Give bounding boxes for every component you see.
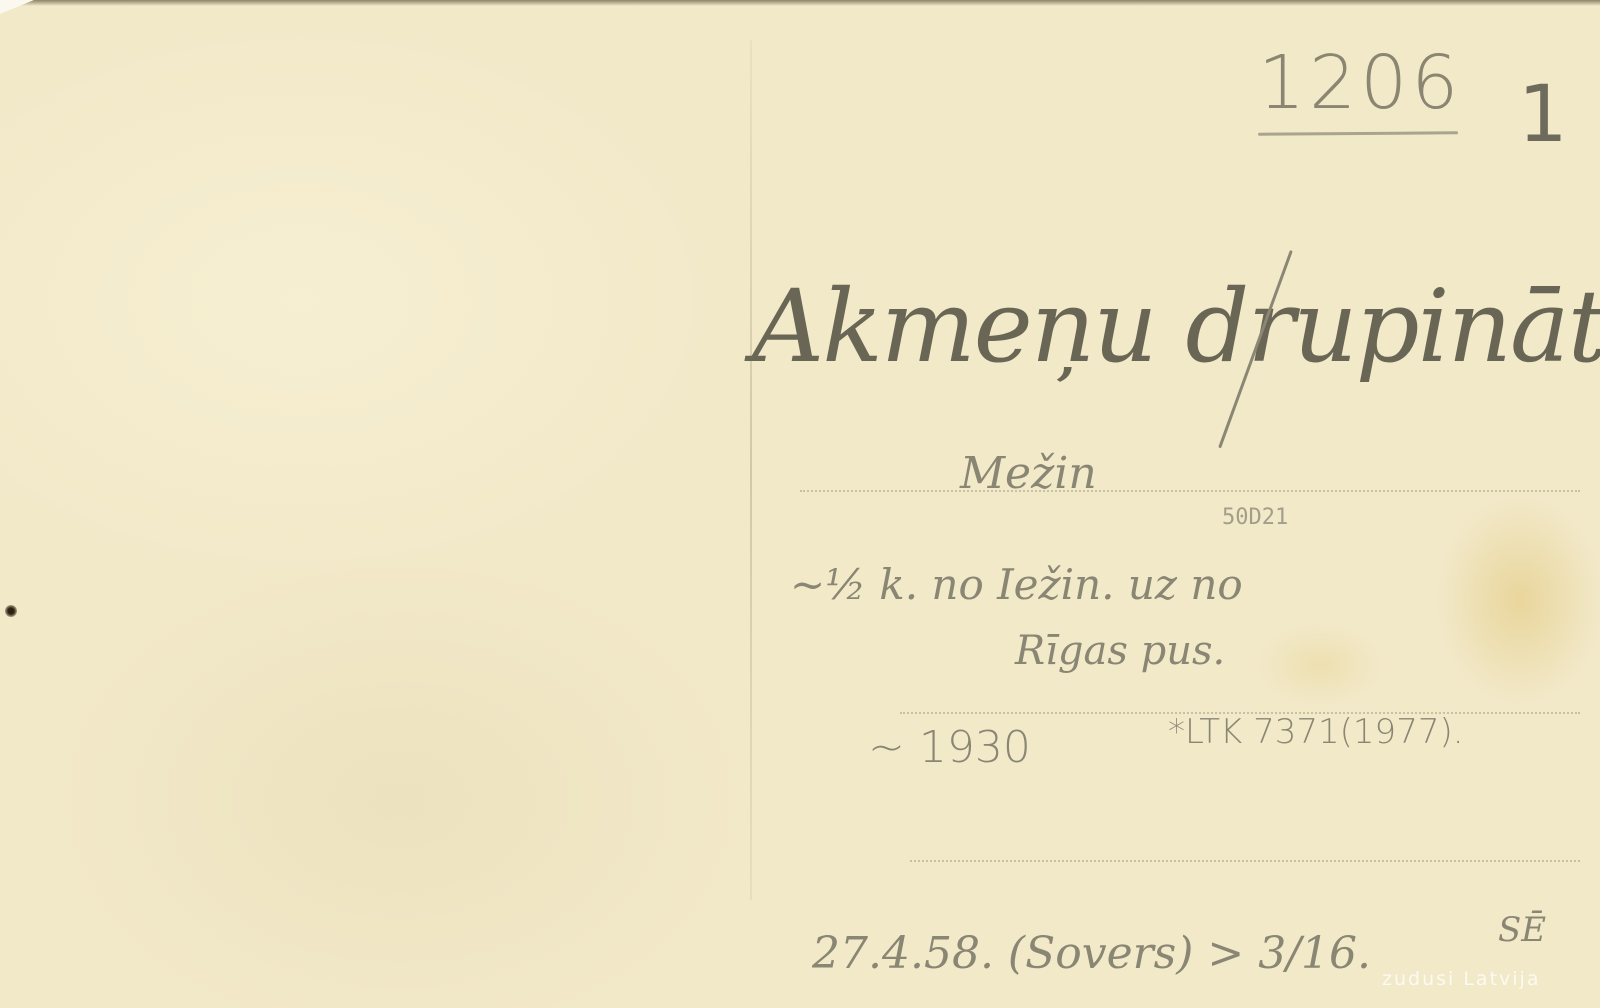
- address-divider-line: [750, 40, 752, 900]
- page-marker: 1: [1518, 70, 1568, 160]
- description-line-2: Rīgas pus.: [1015, 628, 1225, 674]
- inventory-number-underline: [1258, 131, 1458, 135]
- footer-acquisition-note: 27.4.58. (Sovers) > 3/16.: [812, 928, 1371, 979]
- title-handwritten: Akmeņu drupinātājs: [752, 268, 1600, 385]
- catalog-reference: *LTK 7371(1977).: [1168, 712, 1464, 752]
- date-estimate: ~ 1930: [868, 722, 1031, 773]
- description-line-1: ~½ k. no Iežin. uz no: [790, 560, 1243, 609]
- address-line-3: [910, 860, 1580, 862]
- punch-mark: [5, 605, 17, 617]
- postcard-back: 1206 1 Akmeņu drupinātājs Mežin 50D21 ~½…: [0, 0, 1600, 1008]
- small-code-note: 50D21: [1222, 505, 1288, 530]
- address-line-1: [800, 490, 1580, 492]
- paper-top-edge: [0, 0, 1600, 6]
- watermark: zudusi Latvija: [1382, 968, 1540, 990]
- corner-fold: [0, 0, 34, 14]
- initials-mark: SĒ: [1498, 910, 1546, 950]
- inventory-number: 1206: [1258, 40, 1462, 126]
- location-note: Mežin: [960, 448, 1097, 499]
